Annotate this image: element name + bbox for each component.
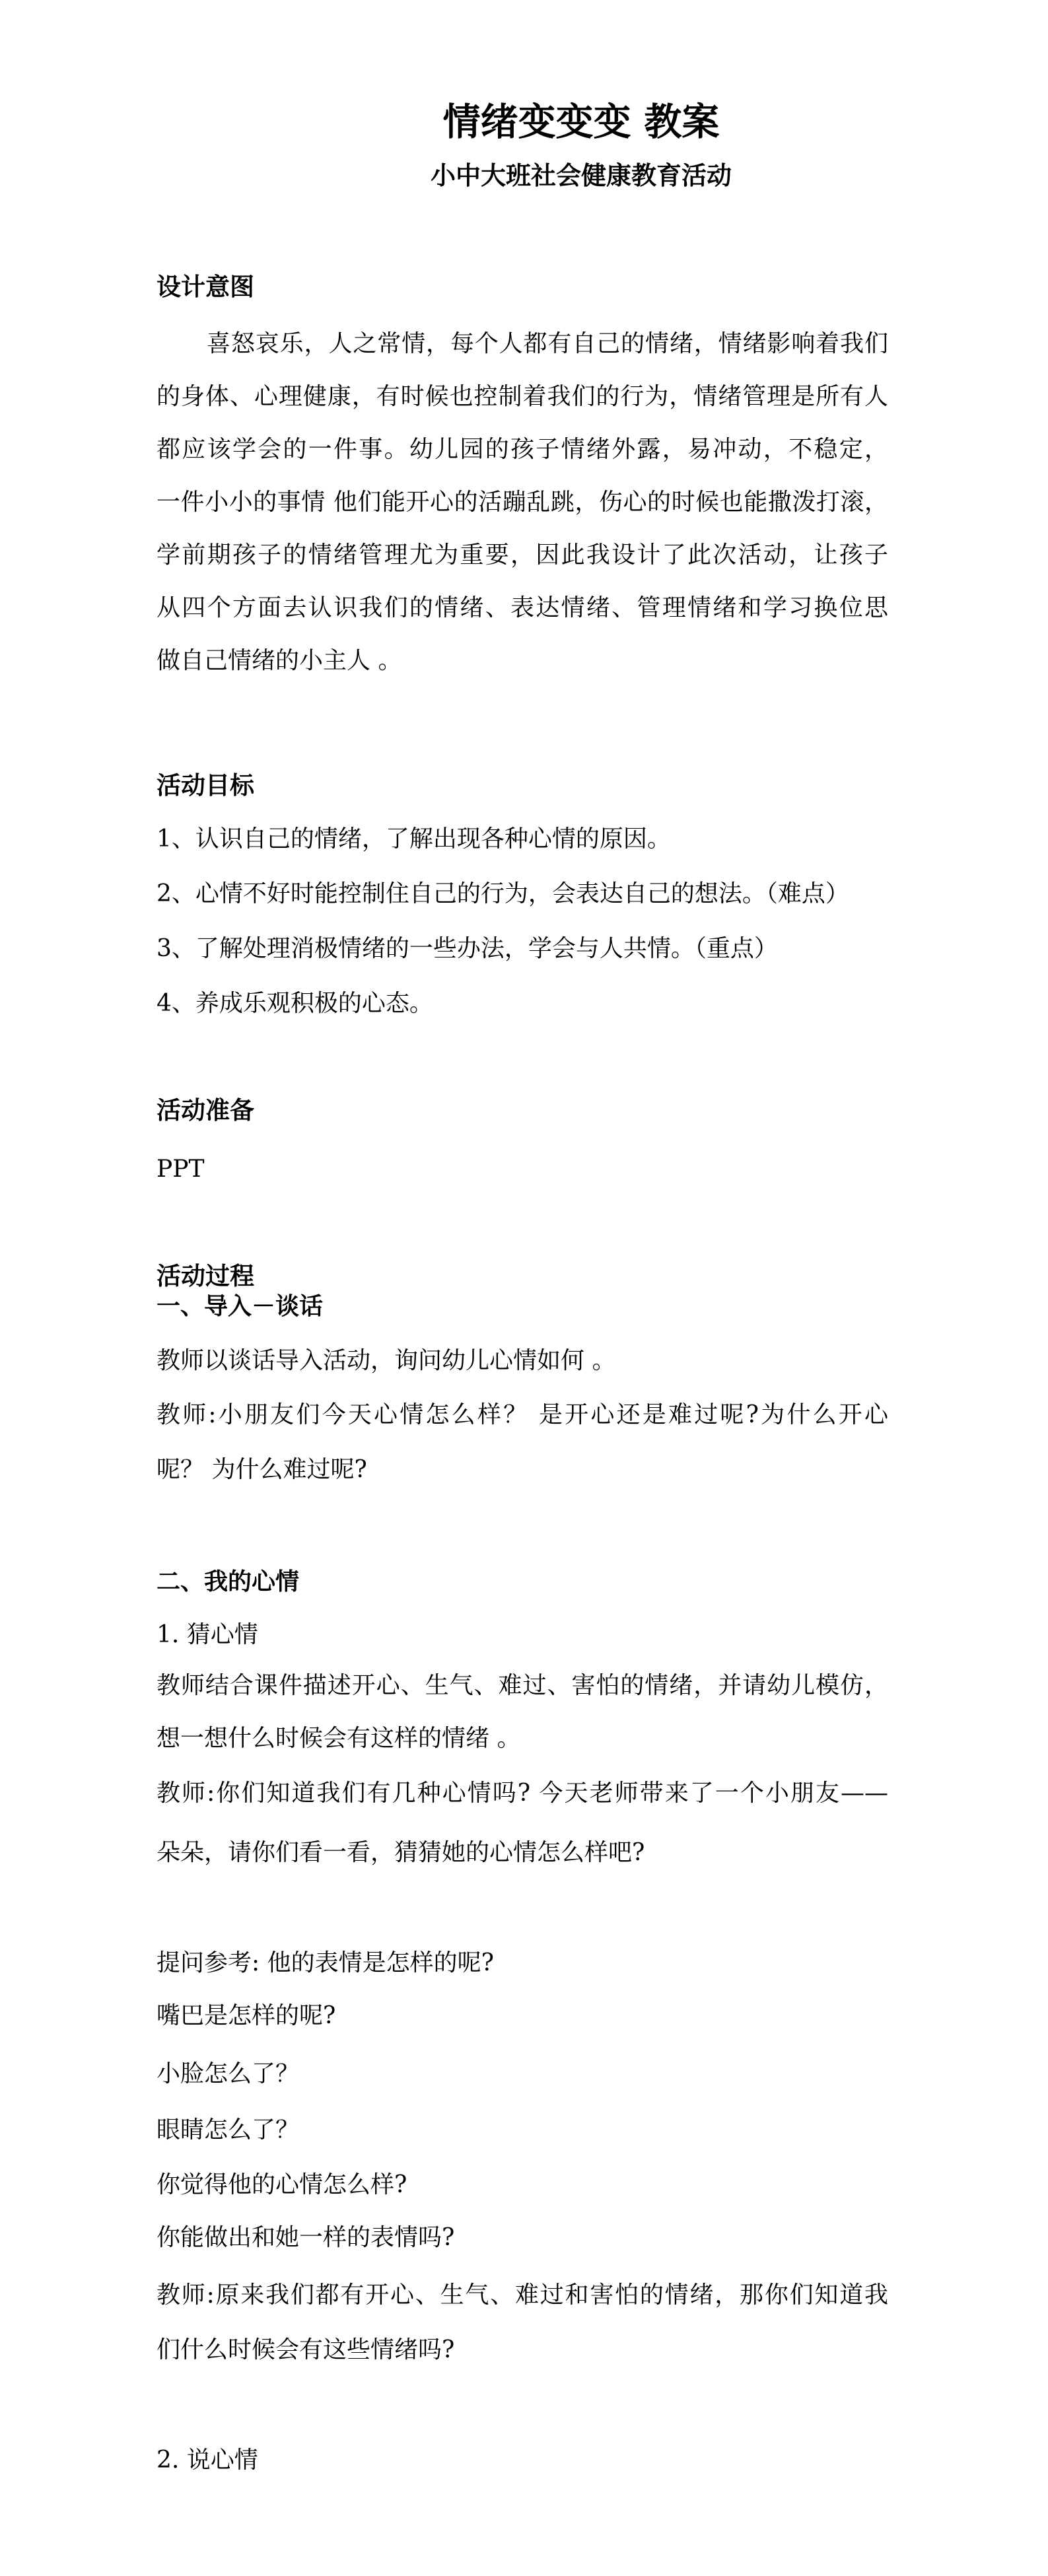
paragraph-line: 喜怒哀乐，人之常情，每个人都有自己的情绪，情绪影响着我们 <box>157 330 888 359</box>
paragraph-line: 一件小小的事情 他们能开心的活蹦乱跳，伤心的时候也能撒泼打滚， <box>157 488 888 517</box>
paragraph-line: 提问参考: 他的表情是怎样的呢? <box>157 1949 494 1978</box>
document-page: { "title": "情绪变变变 教案", "subtitle": "小中大班… <box>0 0 1048 2576</box>
paragraph-line: 小脸怎么了？ <box>157 2060 299 2089</box>
preparation-content: PPT <box>157 1155 204 1184</box>
paragraph-line: 做自己情绪的小主人 。 <box>157 646 402 676</box>
goal-item: 4、养成乐观积极的心态。 <box>157 989 433 1018</box>
paragraph-line: 教师以谈话导入活动，询问幼儿心情如何 。 <box>157 1346 615 1375</box>
paragraph-line: 呢？ 为什么难过呢? <box>157 1455 367 1484</box>
subsection-heading-my-mood: 二、我的心情 <box>157 1567 299 1596</box>
paragraph-line: 想一想什么时候会有这样的情绪 。 <box>157 1724 520 1753</box>
doc-subtitle: 小中大班社会健康教育活动 <box>157 160 1006 191</box>
section-heading-goals: 活动目标 <box>157 771 254 800</box>
goal-item: 1、认识自己的情绪，了解出现各种心情的原因。 <box>157 825 671 854</box>
subsection-heading-intro: 一、导入－谈话 <box>157 1292 323 1321</box>
paragraph-line: 2. 说心情 <box>157 2446 258 2475</box>
paragraph-line: 从四个方面去认识我们的情绪、表达情绪、管理情绪和学习换位思考， <box>157 594 888 623</box>
paragraph-line: 教师:小朋友们今天心情怎么样？ 是开心还是难过呢?为什么开心 <box>157 1401 888 1430</box>
paragraph-line: 嘴巴是怎样的呢? <box>157 2002 335 2031</box>
paragraph-line: 学前期孩子的情绪管理尤为重要，因此我设计了此次活动，让孩子 <box>157 541 888 570</box>
paragraph-line: 们什么时候会有这些情绪吗? <box>157 2336 454 2365</box>
section-heading-design-intent: 设计意图 <box>157 273 254 302</box>
doc-title: 情绪变变变 教案 <box>157 100 1006 144</box>
paragraph-line: 都应该学会的一件事。幼儿园的孩子情绪外露，易冲动，不稳定， <box>157 435 888 464</box>
section-heading-process: 活动过程 <box>157 1262 254 1291</box>
goal-item: 2、心情不好时能控制住自己的行为，会表达自己的想法。（难点） <box>157 880 849 909</box>
paragraph-line: 你觉得他的心情怎么样? <box>157 2171 407 2200</box>
goal-item: 3、了解处理消极情绪的一些办法，学会与人共情。（重点） <box>157 934 778 963</box>
paragraph-line: 的身体、心理健康，有时候也控制着我们的行为，情绪管理是所有人 <box>157 382 888 411</box>
paragraph-line: 你能做出和她一样的表情吗? <box>157 2223 454 2252</box>
paragraph-line: 教师结合课件描述开心、生气、难过、害怕的情绪，并请幼儿模仿， <box>157 1671 888 1700</box>
section-heading-preparation: 活动准备 <box>157 1096 254 1125</box>
paragraph-line: 1. 猜心情 <box>157 1620 258 1650</box>
paragraph-line: 教师:原来我们都有开心、生气、难过和害怕的情绪，那你们知道我 <box>157 2281 888 2310</box>
paragraph-line: 教师:你们知道我们有几种心情吗? 今天老师带来了一个小朋友—— <box>157 1779 888 1808</box>
paragraph-line: 眼睛怎么了？ <box>157 2116 299 2145</box>
paragraph-line: 朵朵，请你们看一看，猜猜她的心情怎么样吧? <box>157 1838 645 1867</box>
